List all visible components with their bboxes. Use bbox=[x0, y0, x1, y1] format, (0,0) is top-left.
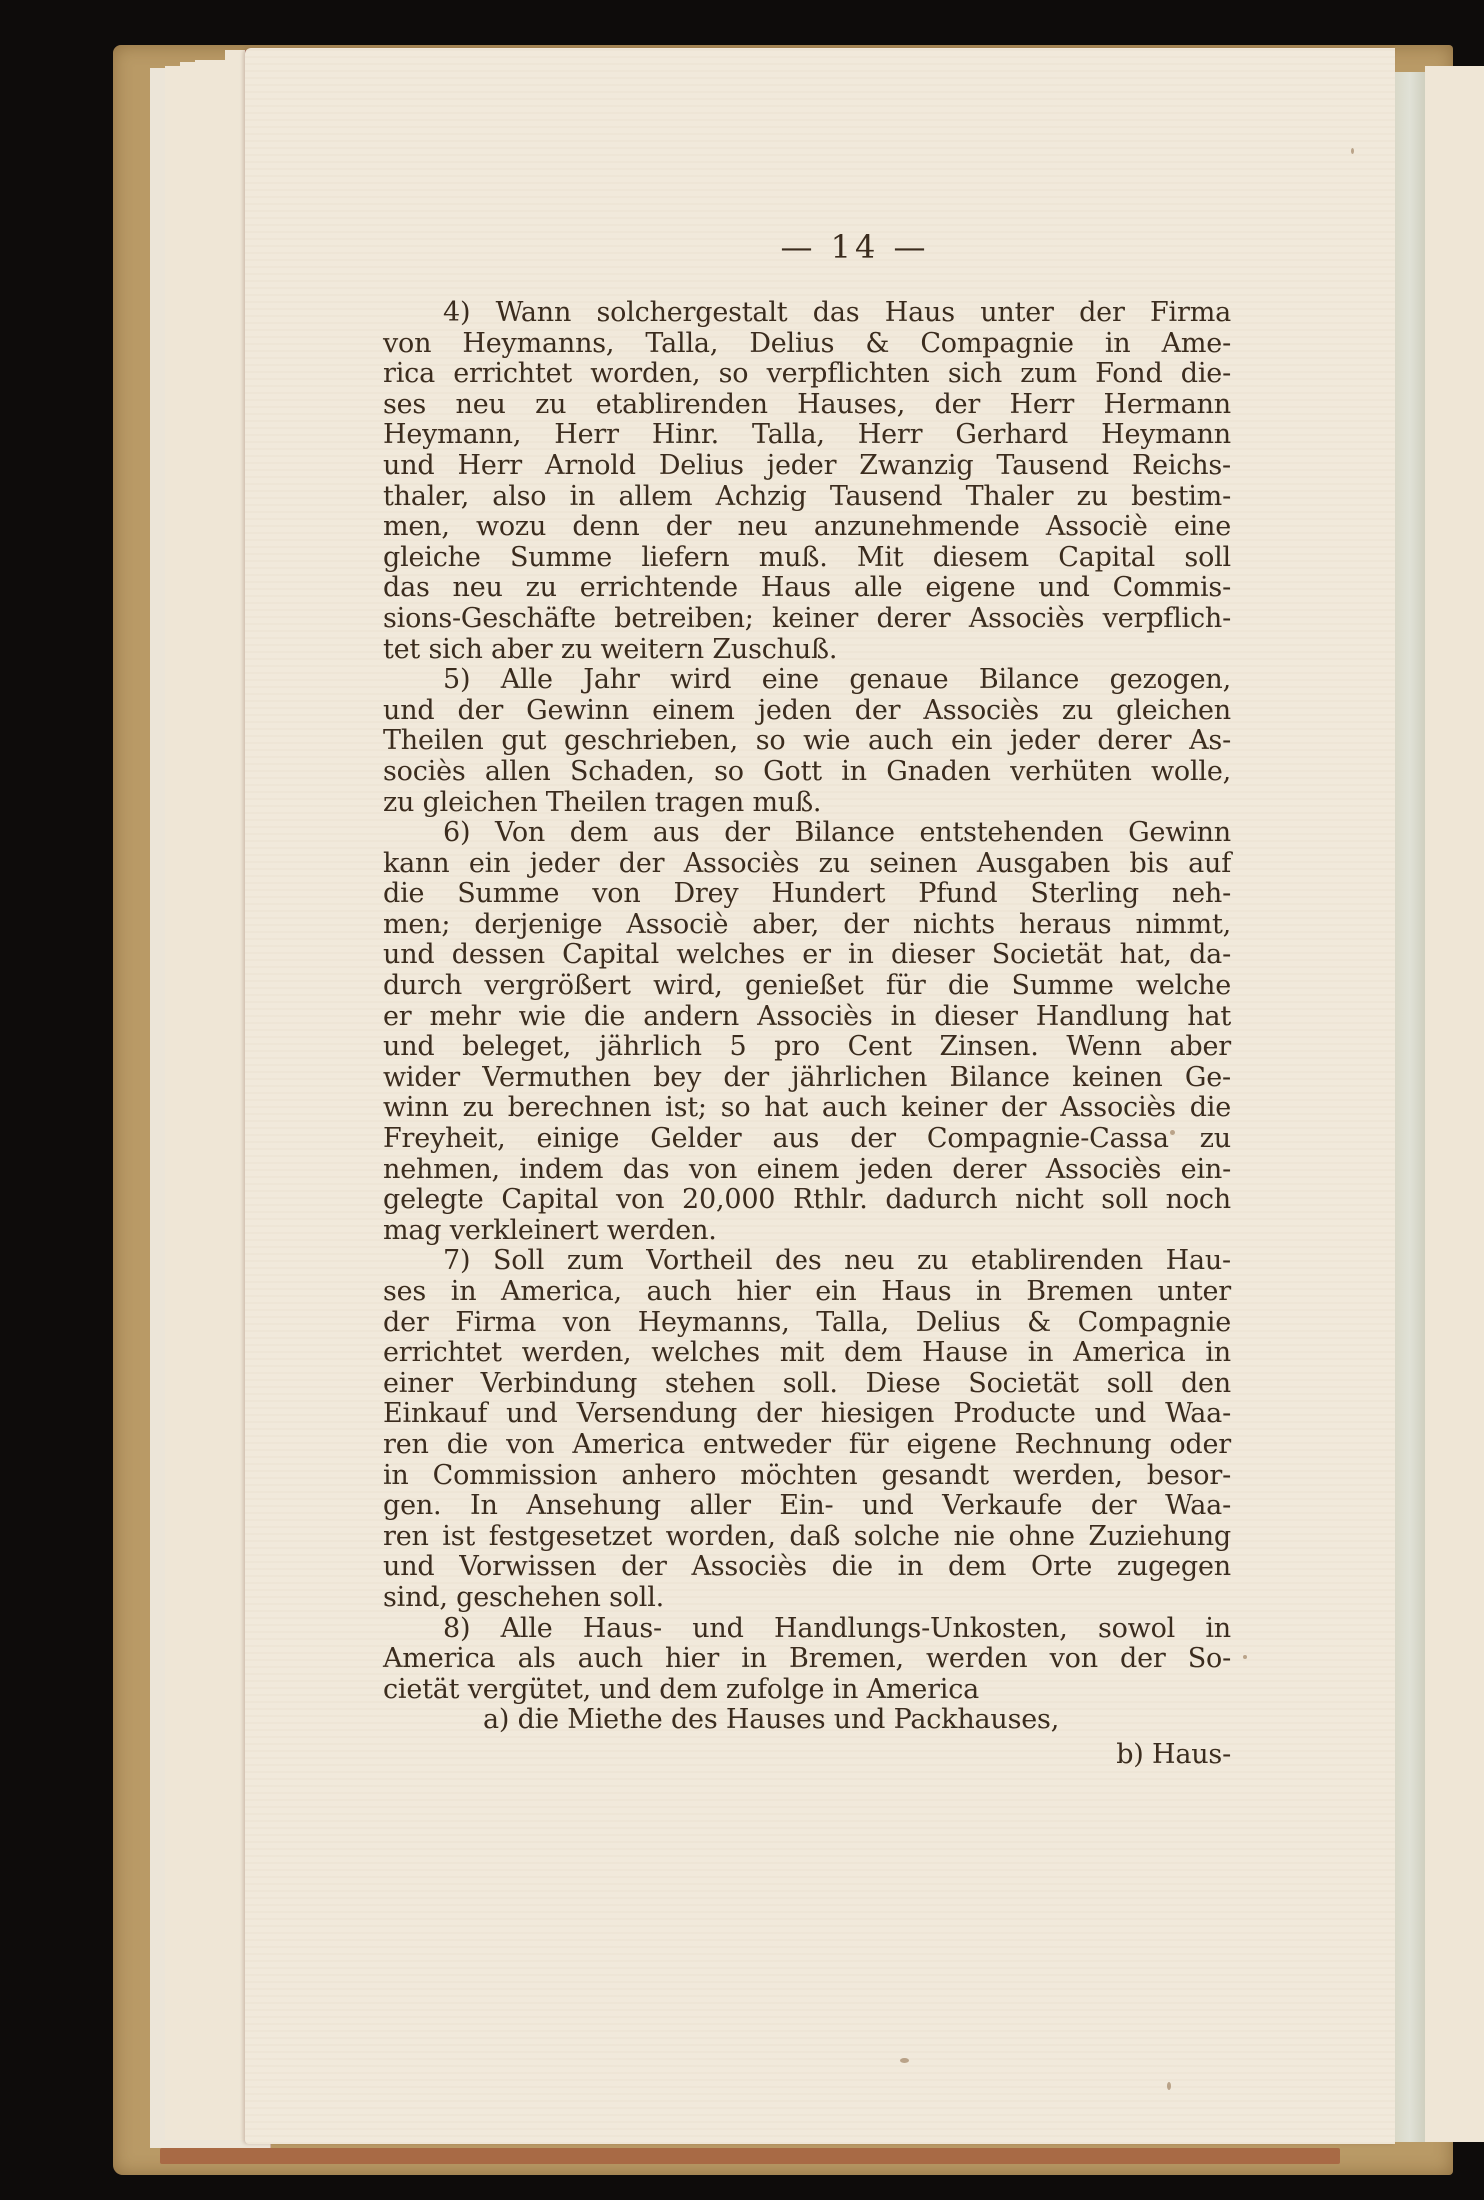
paragraph-5: 5) Alle Jahr wird eine genaue Bilance ge… bbox=[383, 665, 1231, 818]
text-line: einer Verbindung stehen soll. Diese Soci… bbox=[383, 1369, 1231, 1400]
paragraph-6: 6) Von dem aus der Bilance entstehenden … bbox=[383, 818, 1231, 1246]
text-line: kann ein jeder der Associès zu seinen Au… bbox=[383, 849, 1231, 880]
text-line: ren die von America entweder für eigene … bbox=[383, 1430, 1231, 1461]
text-line: das neu zu errichtende Haus alle eigene … bbox=[383, 573, 1231, 604]
text-line: 4) Wann solchergestalt das Haus unter de… bbox=[383, 298, 1231, 329]
paragraph-8: 8) Alle Haus- und Handlungs-Unkosten, so… bbox=[383, 1614, 1231, 1736]
text-line: in Commission anhero möchten gesandt wer… bbox=[383, 1461, 1231, 1492]
text-line: die Summe von Drey Hundert Pfund Sterlin… bbox=[383, 879, 1231, 910]
text-line: wider Vermuthen bey der jährlichen Bilan… bbox=[383, 1063, 1231, 1094]
text-line: und Vorwissen der Associès die in dem Or… bbox=[383, 1552, 1231, 1583]
text-line: er mehr wie die andern Associès in diese… bbox=[383, 1002, 1231, 1033]
page-body: 4) Wann solchergestalt das Haus unter de… bbox=[383, 298, 1231, 1771]
text-line: und Herr Arnold Delius jeder Zwanzig Tau… bbox=[383, 451, 1231, 482]
text-line: zu gleichen Theilen tragen muß. bbox=[383, 788, 1231, 819]
text-line: von Heymanns, Talla, Delius & Compagnie … bbox=[383, 329, 1231, 360]
text-line: gleiche Summe liefern muß. Mit diesem Ca… bbox=[383, 543, 1231, 574]
text-line: und der Gewinn einem jeden der Associès … bbox=[383, 696, 1231, 727]
text-line: sions-Geschäfte betreiben; keiner derer … bbox=[383, 604, 1231, 635]
book-gutter bbox=[1395, 72, 1425, 2142]
text-line: thaler, also in allem Achzig Tausend Tha… bbox=[383, 482, 1231, 513]
text-line: ses neu zu etablirenden Hauses, der Herr… bbox=[383, 390, 1231, 421]
text-line: tet sich aber zu weitern Zuschuß. bbox=[383, 635, 1231, 666]
text-line: ren ist festgesetzet worden, daß solche … bbox=[383, 1522, 1231, 1553]
text-line: America als auch hier in Bremen, werden … bbox=[383, 1644, 1231, 1675]
text-line: mag verkleinert werden. bbox=[383, 1216, 1231, 1247]
catchword: b) Haus- bbox=[383, 1736, 1231, 1771]
paragraph-7: 7) Soll zum Vortheil des neu zu etablire… bbox=[383, 1246, 1231, 1613]
text-line: gen. In Ansehung aller Ein- und Verkaufe… bbox=[383, 1491, 1231, 1522]
text-line: men; derjenige Associè aber, der nichts … bbox=[383, 910, 1231, 941]
facing-page-edge bbox=[1425, 66, 1484, 2142]
text-line: 5) Alle Jahr wird eine genaue Bilance ge… bbox=[383, 665, 1231, 696]
text-line: und dessen Capital welches er in dieser … bbox=[383, 940, 1231, 971]
text-line: ses in America, auch hier ein Haus in Br… bbox=[383, 1277, 1231, 1308]
page-number: — 14 — bbox=[740, 228, 970, 266]
text-line: sind, geschehen soll. bbox=[383, 1583, 1231, 1614]
text-line: Freyheit, einige Gelder aus der Compagni… bbox=[383, 1124, 1231, 1155]
text-line: gelegte Capital von 20,000 Rthlr. dadurc… bbox=[383, 1185, 1231, 1216]
text-line: 6) Von dem aus der Bilance entstehenden … bbox=[383, 818, 1231, 849]
book-edge-bottom bbox=[160, 2148, 1340, 2164]
text-line: errichtet werden, welches mit dem Hause … bbox=[383, 1338, 1231, 1369]
text-line: Einkauf und Versendung der hiesigen Prod… bbox=[383, 1399, 1231, 1430]
text-line: Heymann, Herr Hinr. Talla, Herr Gerhard … bbox=[383, 420, 1231, 451]
text-line: men, wozu denn der neu anzunehmende Asso… bbox=[383, 512, 1231, 543]
text-line: durch vergrößert wird, genießet für die … bbox=[383, 971, 1231, 1002]
text-line: rica errichtet worden, so verpflichten s… bbox=[383, 359, 1231, 390]
text-line: Theilen gut geschrieben, so wie auch ein… bbox=[383, 726, 1231, 757]
text-line: 8) Alle Haus- und Handlungs-Unkosten, so… bbox=[383, 1614, 1231, 1645]
text-line: der Firma von Heymanns, Talla, Delius & … bbox=[383, 1308, 1231, 1339]
text-line: nehmen, indem das von einem jeden derer … bbox=[383, 1155, 1231, 1186]
page-stack-edge bbox=[225, 50, 246, 2140]
text-line: 7) Soll zum Vortheil des neu zu etablire… bbox=[383, 1246, 1231, 1277]
text-line: sociès allen Schaden, so Gott in Gnaden … bbox=[383, 757, 1231, 788]
text-line: winn zu berechnen ist; so hat auch keine… bbox=[383, 1093, 1231, 1124]
text-line: cietät vergütet, und dem zufolge in Amer… bbox=[383, 1675, 1231, 1706]
sub-item-a: a) die Miethe des Hauses und Packhauses, bbox=[383, 1705, 1231, 1736]
paragraph-4: 4) Wann solchergestalt das Haus unter de… bbox=[383, 298, 1231, 665]
text-line: und beleget, jährlich 5 pro Cent Zinsen.… bbox=[383, 1032, 1231, 1063]
